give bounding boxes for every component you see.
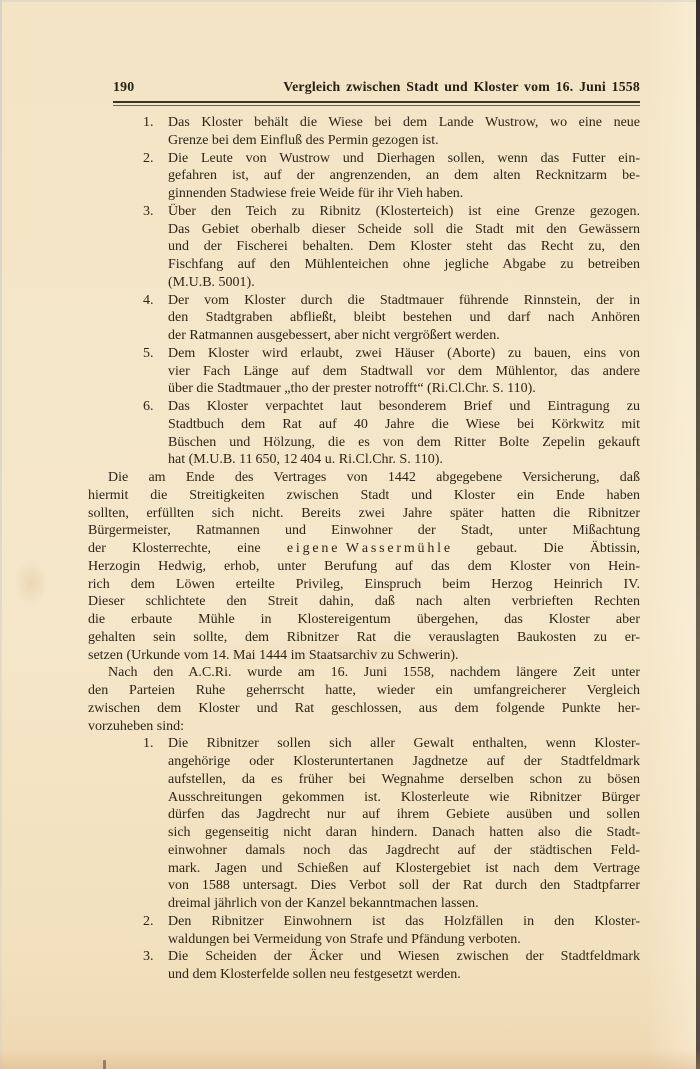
scan-edge-top (0, 0, 700, 2)
text-line: die erbaute Mühle in Klostereigentum übe… (88, 611, 640, 629)
list-marker: 1. (143, 114, 154, 132)
text-line: gefahren ist, auf der angrenzenden, an d… (168, 167, 640, 185)
scan-edge-left (0, 0, 2, 1069)
list-marker: 2. (143, 913, 154, 931)
list-marker: 4. (143, 292, 154, 310)
list-marker: 5. (143, 345, 154, 363)
list-item: 2.Die Leute von Wustrow und Dierhagen so… (88, 150, 640, 203)
list-item: 5.Dem Kloster wird erlaubt, zwei Häuser … (88, 345, 640, 398)
text-line: gehalten sein sollte, dem Ribnitzer Rat … (88, 629, 640, 647)
text-line: Stadtbuch dem Rat auf 40 Jahre die Wiese… (168, 416, 640, 434)
text-line: Das Gebiet oberhalb dieser Scheide soll … (168, 221, 640, 239)
text-line: sollten, erfüllten sich nicht. Bereits z… (88, 505, 640, 523)
list-item: 6.Das Kloster verpachtet laut besonderem… (88, 398, 640, 469)
list-item: 3.Die Scheiden der Äcker und Wiesen zwis… (88, 948, 640, 984)
text-line: hat (M.U.B. 11 650, 12 404 u. Ri.Cl.Chr.… (168, 451, 640, 469)
text-line: rich dem Löwen erteilte Privileg, Einspr… (88, 576, 640, 594)
list-item: 4.Der vom Kloster durch die Stadtmauer f… (88, 292, 640, 345)
text-line: den Parteien Ruhe geherrscht hatte, wied… (88, 682, 640, 700)
text-line: setzen (Urkunde vom 14. Mai 1444 im Staa… (88, 647, 640, 665)
text-line: aufstellen, da es früher bei Wegnahme de… (168, 771, 640, 789)
text-line: Grenze bei dem Einfluß des Permin gezoge… (168, 132, 640, 150)
header-rule-thin (113, 105, 640, 106)
running-header: 190 Vergleich zwischen Stadt und Kloster… (113, 79, 640, 99)
list-marker: 3. (143, 948, 154, 966)
text-line: den Stadtgraben abfließt, bleibt bestehe… (168, 309, 640, 327)
list-item: 2.Den Ribnitzer Einwohnern ist das Holzf… (88, 913, 640, 949)
text-line: über die Stadtmauer „tho der prester not… (168, 380, 640, 398)
text-line: Die Ribnitzer sollen sich aller Gewalt e… (168, 735, 640, 753)
text-line: Fischfang auf den Mühlenteichen ohne jeg… (168, 256, 640, 274)
text-line: vier Fach Länge auf dem Stadtwall vor de… (168, 363, 640, 381)
text-line: dreimal jährlich von der Kanzel bekanntm… (168, 895, 640, 913)
text-line: sich gegenseitig nicht daran hindern. Da… (168, 824, 640, 842)
text-line: Nach den A.C.Ri. wurde am 16. Juni 1558,… (88, 664, 640, 682)
scanned-book-page: 190 Vergleich zwischen Stadt und Kloster… (0, 0, 700, 1069)
text-line: und dem Klosterfelde sollen neu festgese… (168, 966, 640, 984)
page-number: 190 (113, 79, 134, 95)
list-marker: 2. (143, 150, 154, 168)
text-line: (M.U.B. 5001). (168, 274, 640, 292)
text-line: Die Scheiden der Äcker und Wiesen zwisch… (168, 948, 640, 966)
text-line: mark. Jagen und Schießen auf Klostergebi… (168, 860, 640, 878)
running-header-title: Vergleich zwischen Stadt und Kloster vom… (283, 79, 640, 95)
list-marker: 3. (143, 203, 154, 221)
list-marker: 6. (143, 398, 154, 416)
text-line: waldungen bei Vermeidung von Strafe und … (168, 931, 640, 949)
text-line: hiermit die Streitigkeiten zwischen Stad… (88, 487, 640, 505)
text-line: Bürgermeister, Ratmannen und Einwohner d… (88, 522, 640, 540)
text-line: dürfen das Jagdrecht nur auf ihrem Gebie… (168, 806, 640, 824)
paragraph: Nach den A.C.Ri. wurde am 16. Juni 1558,… (88, 664, 640, 735)
header-rule (113, 101, 640, 106)
text-line: der Klosterrechte, eine e i g e n e W a … (88, 540, 640, 558)
text-line: Das Kloster verpachtet laut besonderem B… (168, 398, 640, 416)
text-line: Dem Kloster wird erlaubt, zwei Häuser (A… (168, 345, 640, 363)
header-rule-thick (113, 101, 640, 103)
text-column: 1.Das Kloster behält die Wiese bei dem L… (88, 114, 640, 984)
text-line: Büschen und Hölzung, die es von dem Ritt… (168, 434, 640, 452)
text-line: einwohner damals noch das Jagdrecht auf … (168, 842, 640, 860)
text-line: und der Fischerei behalten. Dem Kloster … (168, 238, 640, 256)
text-line: Herzogin Hedwig, erhob, unter Berufung a… (88, 558, 640, 576)
text-line: Das Kloster behält die Wiese bei dem Lan… (168, 114, 640, 132)
text-line: ginnenden Stadwiese freie Weide für ihr … (168, 185, 640, 203)
text-line: Über den Teich zu Ribnitz (Klosterteich)… (168, 203, 640, 221)
list-item: 3.Über den Teich zu Ribnitz (Klosterteic… (88, 203, 640, 292)
text-line: Die am Ende des Vertrages von 1442 abgeg… (88, 469, 640, 487)
text-line: Ausschreitungen gekommen ist. Klosterleu… (168, 789, 640, 807)
paper-stain (14, 560, 48, 606)
gutter-mark (103, 1060, 106, 1069)
text-line: Der vom Kloster durch die Stadtmauer füh… (168, 292, 640, 310)
text-line: Dieser schlichtete den Streit dahin, daß… (88, 593, 640, 611)
paragraph: Die am Ende des Vertrages von 1442 abgeg… (88, 469, 640, 664)
list-item: 1.Die Ribnitzer sollen sich aller Gewalt… (88, 735, 640, 913)
list-item: 1.Das Kloster behält die Wiese bei dem L… (88, 114, 640, 150)
text-line: vorzuheben sind: (88, 718, 640, 736)
text-line: Den Ribnitzer Einwohnern ist das Holzfäl… (168, 913, 640, 931)
scan-edge-right (696, 0, 700, 1069)
text-line: Die Leute von Wustrow und Dierhagen soll… (168, 150, 640, 168)
text-line: der Ratmannen ausgebessert, aber nicht v… (168, 327, 640, 345)
text-line: von 1588 untersagt. Dies Verbot soll der… (168, 877, 640, 895)
text-line: zwischen dem Kloster und Rat geschlossen… (88, 700, 640, 718)
text-line: angehörige oder Klosteruntertanen Jagdne… (168, 753, 640, 771)
list-marker: 1. (143, 735, 154, 753)
